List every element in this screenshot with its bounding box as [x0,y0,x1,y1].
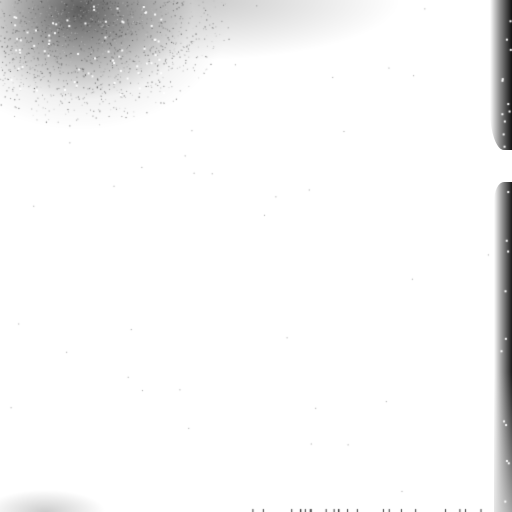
grayscale-exposure-image [0,0,512,512]
speckle-noise [0,0,512,512]
